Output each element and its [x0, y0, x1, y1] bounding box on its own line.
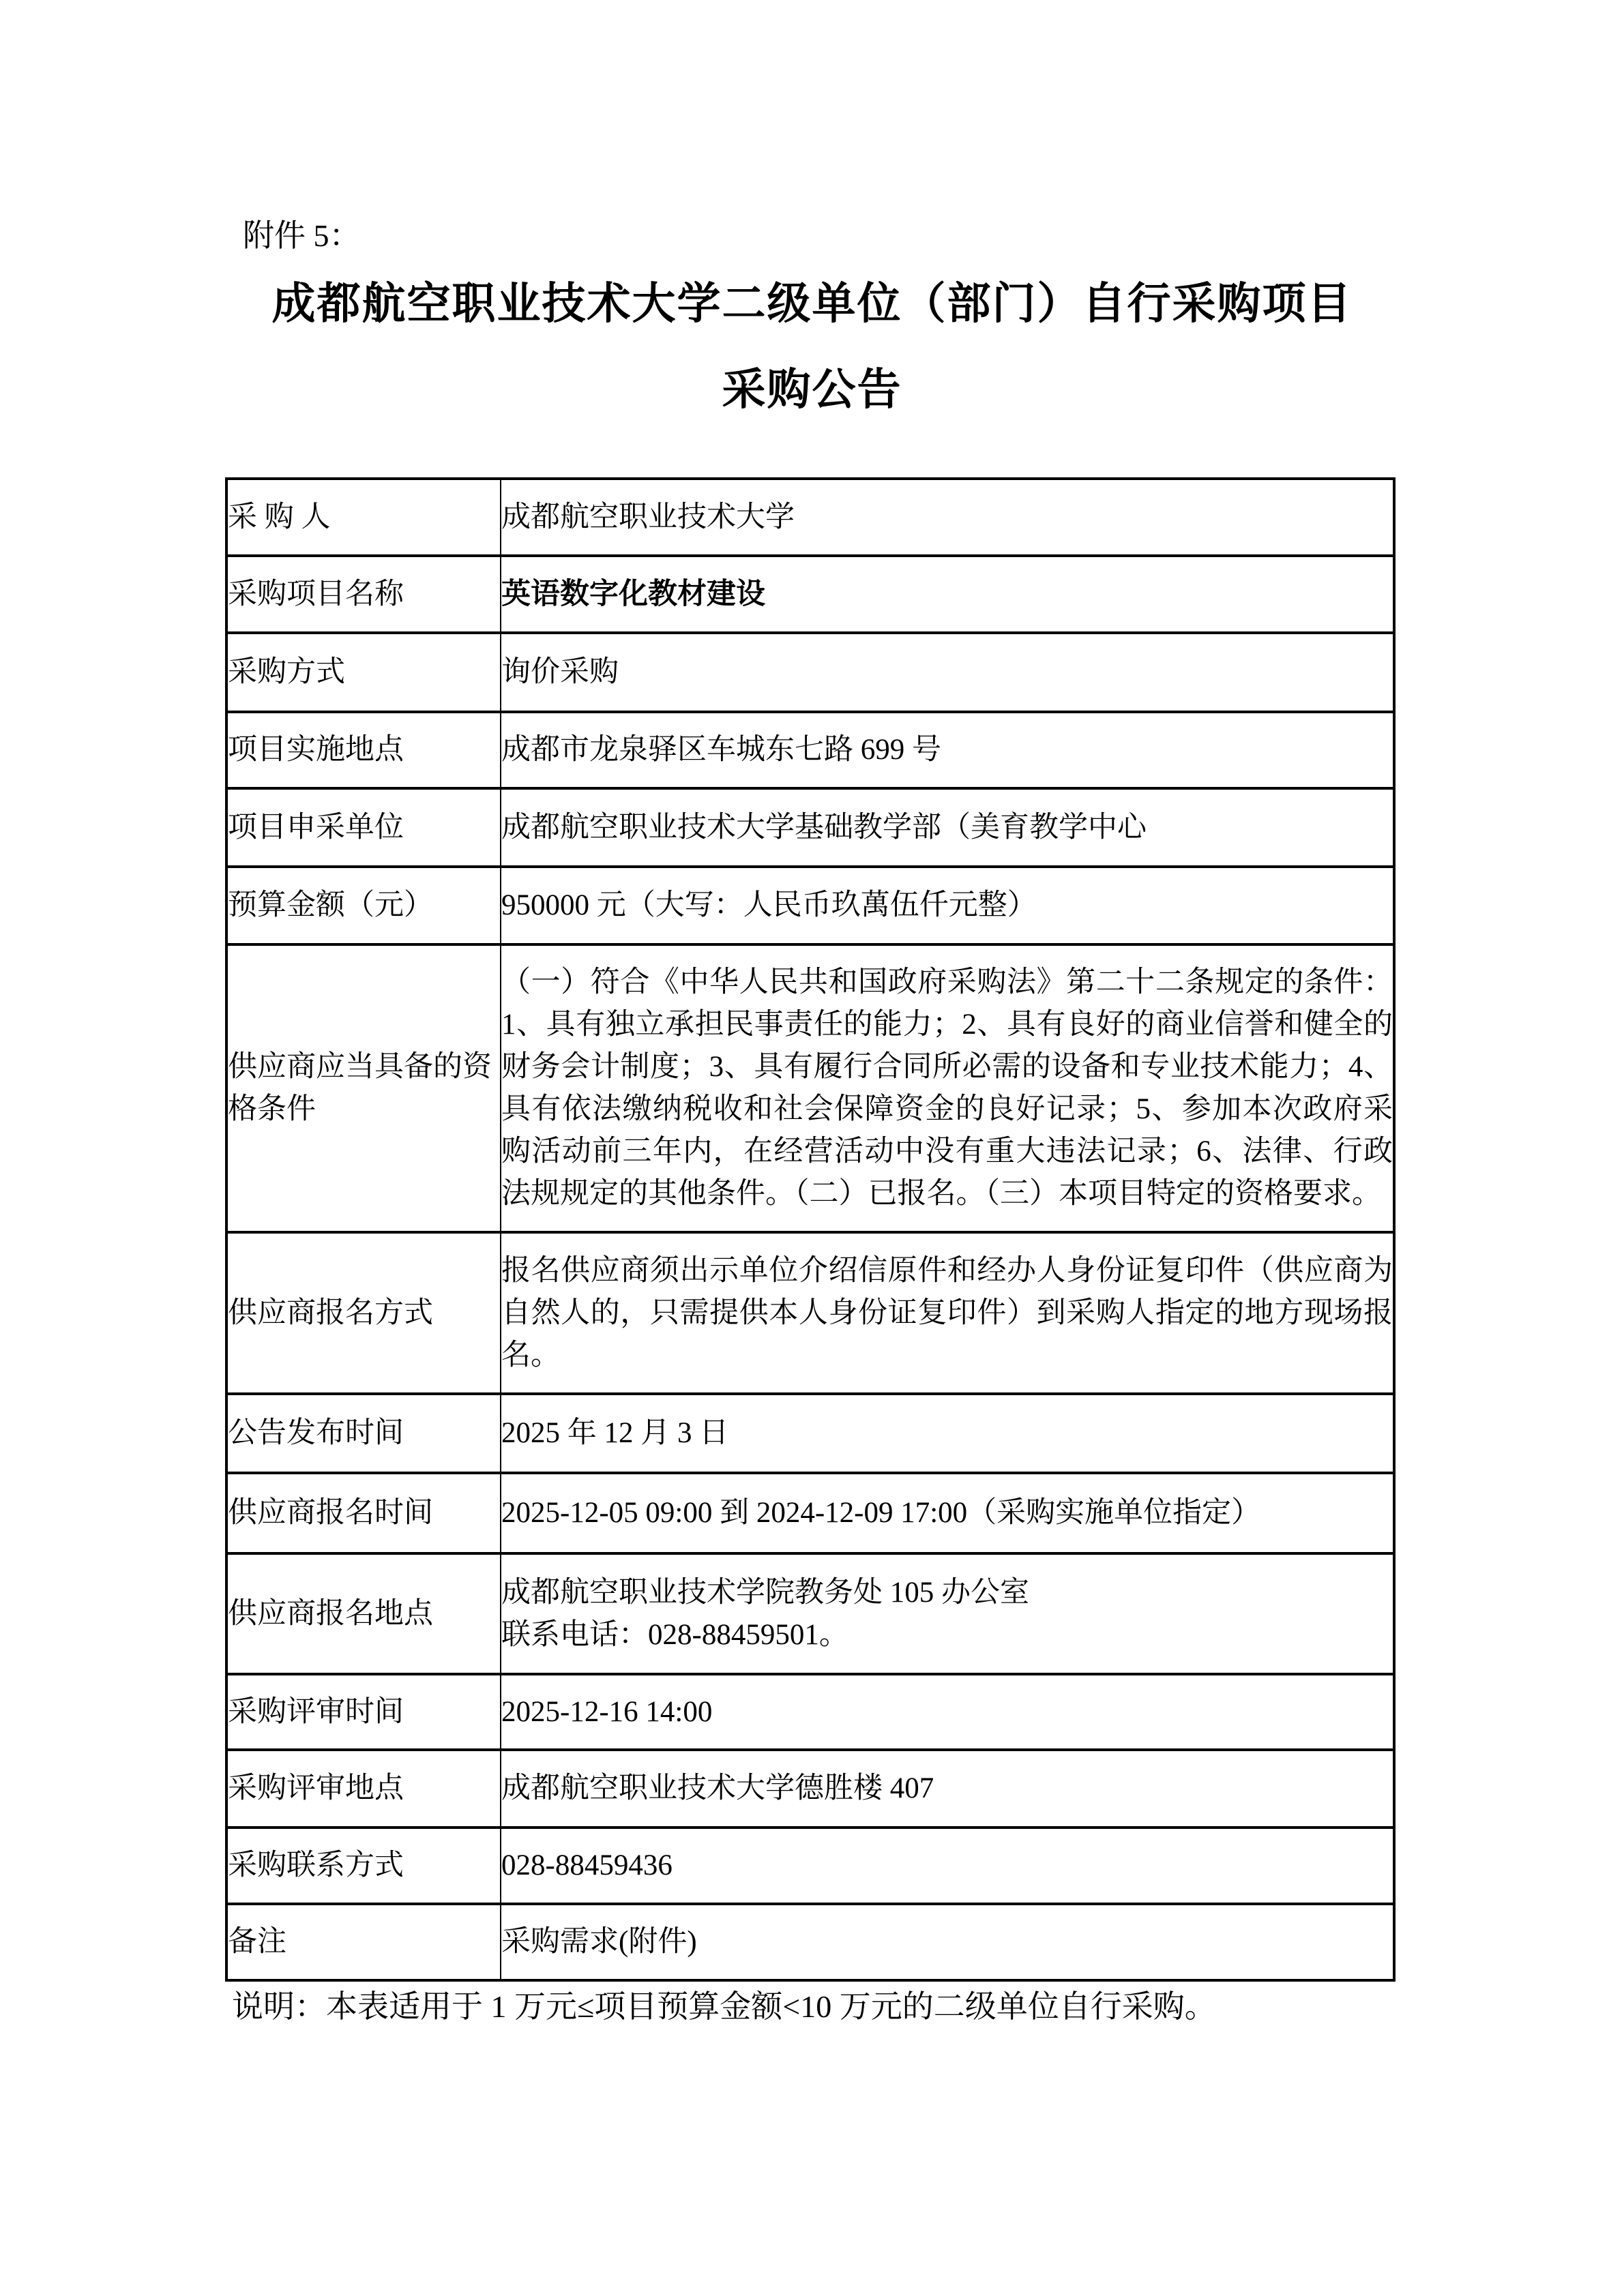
row-label: 供应商应当具备的资格条件	[226, 944, 501, 1232]
doc-title-line2: 采购公告	[0, 364, 1624, 415]
row-label: 供应商报名地点	[226, 1553, 501, 1674]
row-value: 成都航空职业技术大学基础教学部（美育教学中心	[501, 788, 1394, 867]
row-label: 供应商报名方式	[226, 1232, 501, 1394]
table-row: 采购评审地点 成都航空职业技术大学德胜楼 407	[226, 1750, 1394, 1828]
table-row: 供应商应当具备的资格条件 （一）符合《中华人民共和国政府采购法》第二十二条规定的…	[226, 944, 1394, 1232]
row-label: 供应商报名时间	[226, 1473, 501, 1553]
table-row: 采 购 人 成都航空职业技术大学	[226, 479, 1394, 556]
row-value: 报名供应商须出示单位介绍信原件和经办人身份证复印件（供应商为自然人的，只需提供本…	[501, 1232, 1394, 1394]
row-value: 采购需求(附件)	[501, 1904, 1394, 1980]
row-value: 英语数字化教材建设	[501, 556, 1394, 633]
row-label: 采购项目名称	[226, 556, 501, 633]
procurement-table: 采 购 人 成都航空职业技术大学 采购项目名称 英语数字化教材建设 采购方式 询…	[225, 477, 1396, 1982]
row-label: 预算金额（元）	[226, 867, 501, 944]
row-label: 公告发布时间	[226, 1394, 501, 1473]
row-value: 成都航空职业技术大学	[501, 479, 1394, 556]
table-row: 采购项目名称 英语数字化教材建设	[226, 556, 1394, 633]
row-label: 采购方式	[226, 633, 501, 712]
table-row: 采购联系方式 028-88459436	[226, 1828, 1394, 1904]
table-row: 项目申采单位 成都航空职业技术大学基础教学部（美育教学中心	[226, 788, 1394, 867]
row-value: 2025-12-05 09:00 到 2024-12-09 17:00（采购实施…	[501, 1473, 1394, 1553]
row-label: 采购评审地点	[226, 1750, 501, 1828]
table-row: 供应商报名地点 成都航空职业技术学院教务处 105 办公室 联系电话：028-8…	[226, 1553, 1394, 1674]
row-value: 2025 年 12 月 3 日	[501, 1394, 1394, 1473]
row-label: 采 购 人	[226, 479, 501, 556]
row-value: 成都航空职业技术大学德胜楼 407	[501, 1750, 1394, 1828]
row-label: 备注	[226, 1904, 501, 1980]
table-row: 预算金额（元） 950000 元（大写：人民币玖萬伍仟元整）	[226, 867, 1394, 944]
table-row: 采购评审时间 2025-12-16 14:00	[226, 1674, 1394, 1750]
table-row: 项目实施地点 成都市龙泉驿区车城东七路 699 号	[226, 712, 1394, 788]
table-row: 公告发布时间 2025 年 12 月 3 日	[226, 1394, 1394, 1473]
row-label: 项目申采单位	[226, 788, 501, 867]
row-value: 成都市龙泉驿区车城东七路 699 号	[501, 712, 1394, 788]
row-value-line: 联系电话：028-88459501。	[501, 1614, 1393, 1656]
row-value: 成都航空职业技术学院教务处 105 办公室 联系电话：028-88459501。	[501, 1553, 1394, 1674]
table-row: 供应商报名方式 报名供应商须出示单位介绍信原件和经办人身份证复印件（供应商为自然…	[226, 1232, 1394, 1394]
table-row: 备注 采购需求(附件)	[226, 1904, 1394, 1980]
row-value-line: 成都航空职业技术学院教务处 105 办公室	[501, 1572, 1393, 1614]
row-label: 项目实施地点	[226, 712, 501, 788]
attachment-label: 附件 5：	[243, 215, 361, 256]
row-value: 2025-12-16 14:00	[501, 1674, 1394, 1750]
footer-note: 说明：本表适用于 1 万元≤项目预算金额<10 万元的二级单位自行采购。	[232, 1986, 1216, 2028]
row-value: （一）符合《中华人民共和国政府采购法》第二十二条规定的条件：1、具有独立承担民事…	[501, 944, 1394, 1232]
document-page: 附件 5： 成都航空职业技术大学二级单位（部门）自行采购项目 采购公告 采 购 …	[0, 0, 1624, 2296]
row-label: 采购联系方式	[226, 1828, 501, 1904]
row-value: 询价采购	[501, 633, 1394, 712]
doc-title-line1: 成都航空职业技术大学二级单位（部门）自行采购项目	[0, 278, 1624, 329]
table-row: 采购方式 询价采购	[226, 633, 1394, 712]
row-value: 028-88459436	[501, 1828, 1394, 1904]
table-row: 供应商报名时间 2025-12-05 09:00 到 2024-12-09 17…	[226, 1473, 1394, 1553]
row-value: 950000 元（大写：人民币玖萬伍仟元整）	[501, 867, 1394, 944]
row-label: 采购评审时间	[226, 1674, 501, 1750]
